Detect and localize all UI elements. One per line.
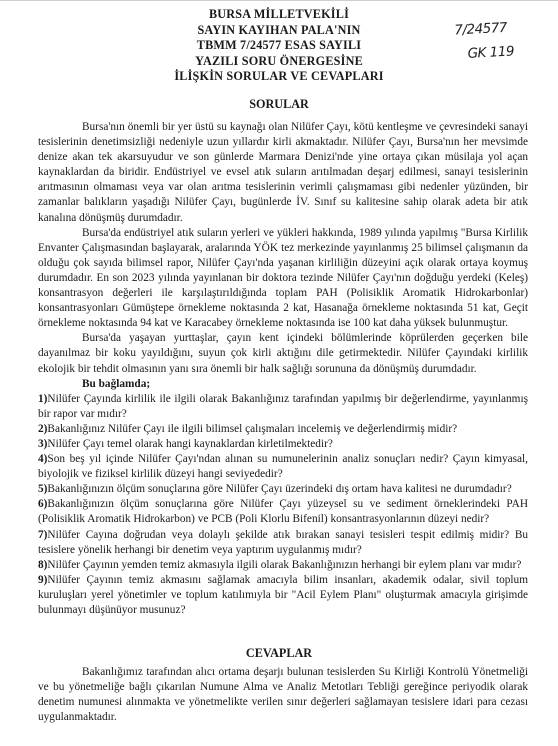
question-text: Son beş yıl içinde Nilüfer Çayı'ndan alı… [38,453,528,480]
intro-paragraph: Bursa'da endüstriyel atık suların yerler… [38,226,528,332]
question-number: 7) [38,529,47,541]
handwritten-reference-number: 7/24577 [454,16,514,43]
question-text: Nilüfer Çayında kirlilik ile ilgili olar… [38,393,528,420]
question-text: Nilüfer Çayının yemden temiz akmasıyla i… [47,559,521,571]
question-item: 7)Nilüfer Cayına doğrudan veya dolaylı ş… [38,528,528,558]
question-number: 4) [38,453,47,465]
question-item: 6)Bakanlığınızın ölçüm sonuçlarına göre … [38,497,528,527]
question-item: 2)Bakanlığınız Nilüfer Çayı ile ilgili b… [38,422,528,437]
header-line: İLİŞKİN SORULAR VE CEVAPLARI [0,69,558,85]
question-list: 1)Nilüfer Çayında kirlilik ile ilgili ol… [38,392,528,618]
question-text: Nilüfer Cayına doğrudan veya dolaylı şek… [38,529,528,556]
question-item: 8)Nilüfer Çayının yemden temiz akmasıyla… [38,558,528,573]
intro-paragraph: Bursa'nın önemli bir yer üstü su kaynağı… [38,120,528,226]
questions-section-body: Bursa'nın önemli bir yer üstü su kaynağı… [38,120,528,618]
question-number: 9) [38,574,47,586]
question-item: 3)Nilüfer Çayı temel olarak hangi kaynak… [38,437,528,452]
question-number: 2) [38,423,47,435]
question-text: Bakanlığınız Nilüfer Çayı ile ilgili bil… [47,423,457,435]
lead-in: Bu bağlamda; [38,377,528,392]
question-item: 9)Nilüfer Çayının temiz akmasını sağlama… [38,573,528,618]
question-item: 5)Bakanlığınızın ölçüm sonuçlarına göre … [38,482,528,497]
question-item: 1)Nilüfer Çayında kirlilik ile ilgili ol… [38,392,528,422]
question-number: 3) [38,438,47,450]
question-text: Bakanlığınızın ölçüm sonuçlarına göre Ni… [38,498,528,525]
question-item: 4)Son beş yıl içinde Nilüfer Çayı'ndan a… [38,452,528,482]
handwritten-note: 7/24577 GK 119 [454,16,515,67]
question-number: 1) [38,393,47,405]
intro-paragraph: Bursa'da yaşayan yurttaşlar, çayın kent … [38,331,528,376]
question-text: Nilüfer Çayının temiz akmasını sağlamak … [38,574,528,616]
question-number: 8) [38,559,47,571]
document-page: BURSA MİLLETVEKİLİ SAYIN KAYIHAN PALA'NI… [0,0,558,746]
answers-section-title: CEVAPLAR [0,646,558,661]
answer-paragraph: Bakanlığımız tarafından alıcı ortama deş… [38,665,528,725]
question-number: 6) [38,498,47,510]
question-text: Bakanlığınızın ölçüm sonuçlarına göre Ni… [47,483,511,495]
answers-section-body: Bakanlığımız tarafından alıcı ortama deş… [38,665,528,725]
questions-section-title: SORULAR [0,97,558,112]
handwritten-code: GK 119 [467,39,515,65]
question-number: 5) [38,483,47,495]
question-text: Nilüfer Çayı temel olarak hangi kaynakla… [47,438,332,450]
